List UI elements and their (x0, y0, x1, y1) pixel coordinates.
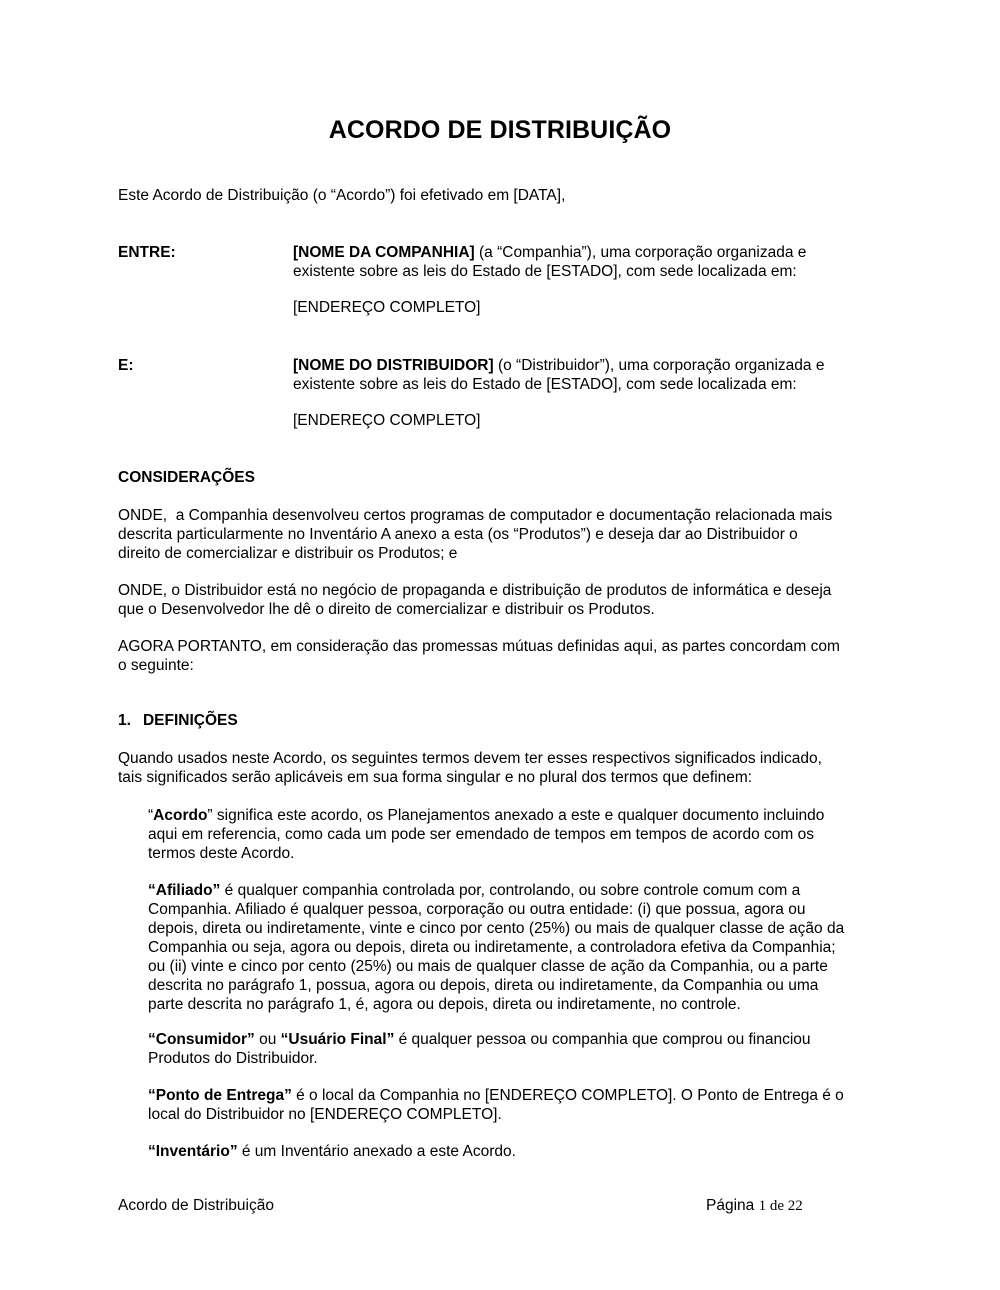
text-line: ONDE, o Distribuidor está no negócio de … (118, 581, 888, 600)
section-number: 1. (118, 712, 131, 729)
party-company: [NOME DA COMPANHIA] (a “Companhia”), uma… (293, 243, 883, 281)
text-line: Companhia ou seja, agora ou depois, dire… (148, 938, 888, 957)
page-current: 1 (759, 1198, 767, 1214)
definition-term: Acordo (153, 807, 207, 824)
definition-ponto-de-entrega: “Ponto de Entrega” é o local da Companhi… (148, 1086, 888, 1124)
distributor-desc-line1: (o “Distribuidor”), uma corporação organ… (494, 357, 825, 374)
footer-page-number: Página 1 de 22 (706, 1196, 803, 1216)
text-line: o seguinte: (118, 656, 888, 675)
page-label: Página (706, 1197, 759, 1214)
text-line: que o Desenvolvedor lhe dê o direito de … (118, 600, 888, 619)
text-line: local do Distribuidor no [ENDEREÇO COMPL… (148, 1105, 888, 1124)
party-distributor: [NOME DO DISTRIBUIDOR] (o “Distribuidor”… (293, 356, 883, 394)
text-line: descrita particularmente no Inventário A… (118, 525, 888, 544)
party-label-e: E: (118, 356, 134, 375)
footer-document-name: Acordo de Distribuição (118, 1196, 274, 1215)
text-line: AGORA PORTANTO, em consideração das prom… (118, 637, 888, 656)
company-name: [NOME DA COMPANHIA] (293, 244, 475, 261)
distributor-address: [ENDEREÇO COMPLETO] (293, 411, 883, 430)
text-line: ou (ii) vinte e cinco por cento (25%) ou… (148, 957, 888, 976)
connector-text: ou (255, 1031, 281, 1048)
text-line: é um Inventário anexado a este Acordo. (238, 1143, 516, 1160)
section-1-heading: 1.DEFINIÇÕES (118, 711, 238, 730)
page-total: 22 (788, 1198, 803, 1214)
definition-term: “Afiliado” (148, 882, 220, 899)
text-line: Quando usados neste Acordo, os seguintes… (118, 749, 888, 768)
definition-term: “Usuário Final” (281, 1031, 395, 1048)
text-line: descrita no parágrafo 1, possua, agora o… (148, 976, 888, 995)
considerations-heading: CONSIDERAÇÕES (118, 468, 255, 487)
definition-inventario: “Inventário” é um Inventário anexado a e… (148, 1142, 888, 1161)
party-label-entre: ENTRE: (118, 243, 176, 262)
consideration-paragraph-2: ONDE, o Distribuidor está no negócio de … (118, 581, 888, 619)
text-line: ONDE, a Companhia desenvolveu certos pro… (118, 506, 888, 525)
text-line: é qualquer companhia controlada por, con… (220, 882, 800, 899)
document-page: ACORDO DE DISTRIBUIÇÃO Este Acordo de Di… (0, 0, 1000, 1290)
consideration-paragraph-3: AGORA PORTANTO, em consideração das prom… (118, 637, 888, 675)
text-line: é o local da Companhia no [ENDEREÇO COMP… (292, 1087, 844, 1104)
text-line: tais significados serão aplicáveis em su… (118, 768, 888, 787)
definition-term: “Inventário” (148, 1143, 238, 1160)
definitions-intro: Quando usados neste Acordo, os seguintes… (118, 749, 888, 787)
definition-acordo: “Acordo” significa este acordo, os Plane… (148, 806, 888, 863)
company-desc-line2: existente sobre as leis do Estado de [ES… (293, 262, 883, 281)
document-title: ACORDO DE DISTRIBUIÇÃO (0, 116, 1000, 145)
company-desc-line1: (a “Companhia”), uma corporação organiza… (475, 244, 807, 261)
text-line: termos deste Acordo. (148, 844, 888, 863)
text-line: Companhia. Afiliado é qualquer pessoa, c… (148, 900, 888, 919)
distributor-name: [NOME DO DISTRIBUIDOR] (293, 357, 494, 374)
company-address: [ENDEREÇO COMPLETO] (293, 298, 883, 317)
text-line: parte descrita no parágrafo 1, é, agora … (148, 995, 888, 1014)
text-line: Produtos do Distribuidor. (148, 1049, 888, 1068)
consideration-paragraph-1: ONDE, a Companhia desenvolveu certos pro… (118, 506, 888, 563)
text-line: direito de comercializar e distribuir os… (118, 544, 888, 563)
text-line: é qualquer pessoa ou companhia que compr… (394, 1031, 810, 1048)
intro-text: Este Acordo de Distribuição (o “Acordo”)… (118, 186, 565, 205)
text-line: aqui em referencia, como cada um pode se… (148, 825, 888, 844)
distributor-desc-line2: existente sobre as leis do Estado de [ES… (293, 375, 883, 394)
text-line: significa este acordo, os Planejamentos … (213, 807, 825, 824)
definition-term: “Ponto de Entrega” (148, 1087, 292, 1104)
section-title: DEFINIÇÕES (143, 712, 238, 729)
page-separator: de (766, 1198, 788, 1214)
definition-afiliado: “Afiliado” é qualquer companhia controla… (148, 881, 888, 1014)
definition-term: “Consumidor” (148, 1031, 255, 1048)
definition-consumidor: “Consumidor” ou “Usuário Final” é qualqu… (148, 1030, 888, 1068)
text-line: depois, direta ou indiretamente, vinte e… (148, 919, 888, 938)
